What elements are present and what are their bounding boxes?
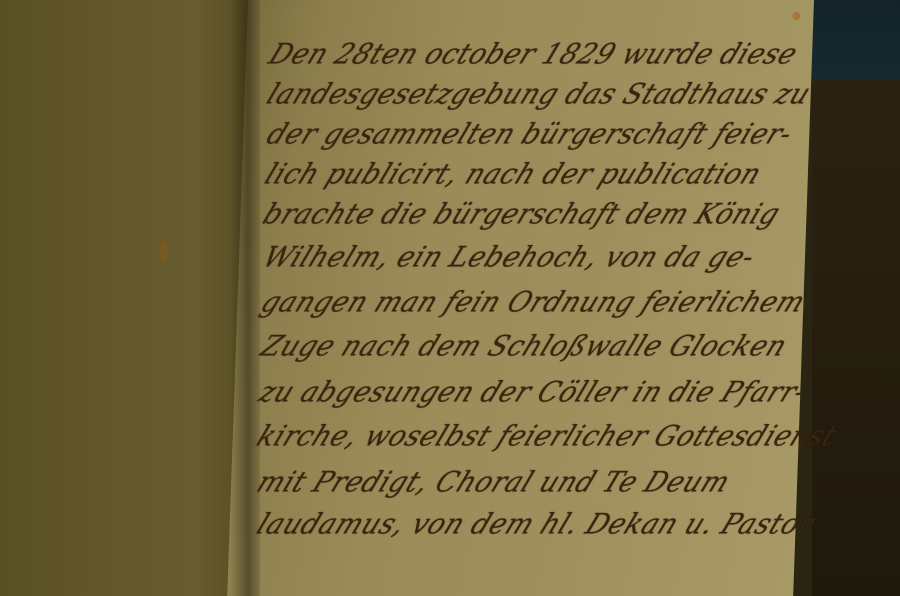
text-line-9: zu abgesungen der Cöller in die Pfarr- bbox=[254, 376, 812, 409]
text-line-12: laudamus, von dem hl. Dekan u. Pastor. bbox=[252, 508, 825, 541]
text-line-5: brachte die bürgerschaft dem König bbox=[258, 198, 785, 231]
text-line-8: Zuge nach dem Schloßwalle Glocken bbox=[256, 330, 792, 363]
background-top bbox=[812, 0, 900, 80]
text-line-6: Wilhelm, ein Lebehoch, von da ge- bbox=[258, 241, 760, 274]
text-line-1: Den 28ten october 1829 wurde diese bbox=[264, 38, 802, 71]
text-line-10: kirche, woselbst feierlicher Gottesdiens… bbox=[252, 420, 842, 453]
manuscript-photo: Den 28ten october 1829 wurde diese lande… bbox=[0, 0, 900, 596]
text-line-4: lich publicirt, nach der publication bbox=[260, 158, 766, 191]
text-line-11: mit Predigt, Choral und Te Deum bbox=[252, 466, 735, 499]
ink-stain bbox=[160, 240, 168, 262]
text-line-7: gangen man fein Ordnung feierlichem bbox=[256, 286, 810, 319]
text-line-2: landesgesetzgebung das Stadthaus zu bbox=[262, 78, 816, 111]
left-page bbox=[0, 0, 260, 596]
background-table bbox=[812, 80, 900, 596]
text-line-3: der gesammelten bürgerschaft feier- bbox=[262, 118, 797, 151]
book-gutter bbox=[230, 0, 260, 596]
foxing-spot bbox=[792, 12, 800, 20]
